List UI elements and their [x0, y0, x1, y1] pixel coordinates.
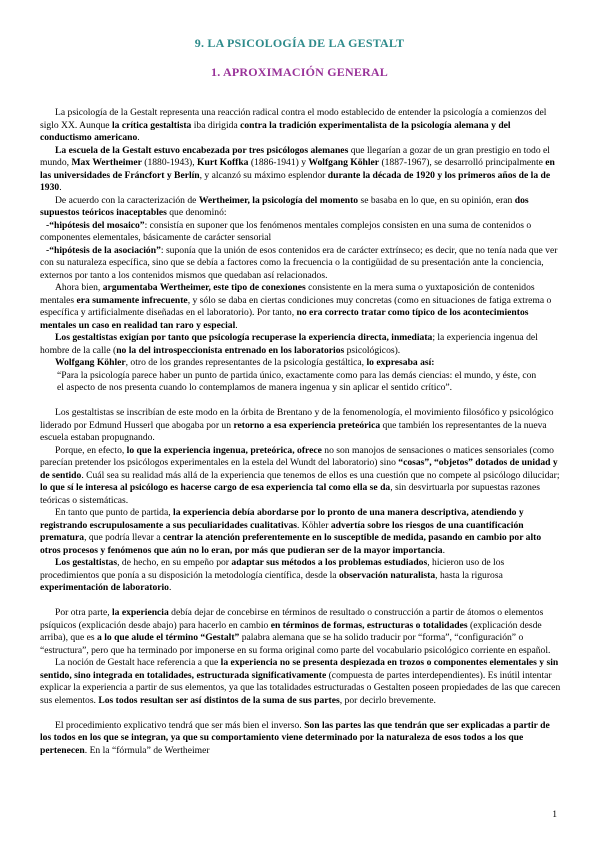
text-run: (1880-1943), — [142, 157, 197, 168]
text-run: , hasta la rigurosa — [435, 570, 503, 581]
text-run: “Para la psicología parece haber un punt… — [57, 370, 536, 394]
text-run: De acuerdo con la caracterización de — [55, 195, 199, 206]
emphasis-text: no la del introspeccionista entrenado en… — [116, 345, 344, 356]
body-paragraph: Ahora bien, argumentaba Wertheimer, este… — [40, 282, 561, 332]
emphasis-text: en términos de formas, estructuras o tot… — [271, 620, 468, 631]
paragraph-spacer — [40, 395, 561, 408]
emphasis-text: la experiencia — [112, 607, 169, 618]
document-page: 9. LA PSICOLOGÍA DE LA GESTALT 1. APROXI… — [0, 0, 599, 848]
text-run: , y alcanzó su máximo esplendor — [200, 170, 328, 181]
text-run: . — [137, 132, 139, 143]
emphasis-text: Los gestaltistas exigían por tanto que p… — [55, 332, 432, 343]
body-paragraph: -“hipótesis del mosaico”: consistía en s… — [40, 220, 561, 245]
emphasis-text: adaptar sus métodos a los problemas estu… — [231, 557, 427, 568]
body-paragraph: Los gestaltistas exigían por tanto que p… — [40, 332, 561, 357]
emphasis-text: Los gestaltistas — [55, 557, 117, 568]
text-run: que denominó: — [167, 207, 227, 218]
emphasis-text: lo que sí le interesa al psicólogo es ha… — [40, 482, 390, 493]
body-paragraph: Por otra parte, la experiencia debía dej… — [40, 607, 561, 657]
body-paragraph: El procedimiento explicativo tendrá que … — [40, 720, 561, 758]
body-paragraph: Wolfgang Köhler, otro de los grandes rep… — [40, 357, 561, 370]
emphasis-text: -“hipótesis de la asociación” — [46, 245, 161, 256]
emphasis-text: experimentación de laboratorio — [40, 582, 169, 593]
text-run: . — [443, 545, 445, 556]
emphasis-text: La escuela de la Gestalt estuvo encabeza… — [55, 145, 348, 156]
emphasis-text: Wolfgang Köhler — [308, 157, 379, 168]
page-number: 1 — [552, 809, 557, 820]
body-paragraph: En tanto que punto de partida, la experi… — [40, 507, 561, 557]
emphasis-text: era sumamente infrecuente — [77, 295, 188, 306]
text-run: La noción de Gestalt hace referencia a q… — [55, 657, 221, 668]
text-run: iba dirigida — [191, 120, 240, 131]
emphasis-text: Los todos resultan ser así distintos de … — [98, 695, 339, 706]
emphasis-text: Wertheimer, la psicología del momento — [199, 195, 358, 206]
text-run: psicológicos). — [344, 345, 400, 356]
chapter-title: 9. LA PSICOLOGÍA DE LA GESTALT — [0, 36, 599, 51]
emphasis-text: Max Wertheimer — [71, 157, 141, 168]
emphasis-text: Kurt Koffka — [197, 157, 248, 168]
paragraph-spacer — [40, 595, 561, 608]
text-run: , por decirlo brevemente. — [340, 695, 436, 706]
emphasis-text: lo que la experiencia ingenua, preteóric… — [127, 445, 322, 456]
text-run: . — [59, 182, 61, 193]
body-paragraph: -“hipótesis de la asociación”: suponía q… — [40, 245, 561, 283]
paragraph-spacer — [40, 707, 561, 720]
body-paragraph: Los gestaltistas, de hecho, en su empeño… — [40, 557, 561, 595]
emphasis-text: retorno a esa experiencia preteórica — [233, 420, 380, 431]
text-run: , de hecho, en su empeño por — [117, 557, 231, 568]
emphasis-text: -“hipótesis del mosaico” — [46, 220, 145, 231]
document-body: La psicología de la Gestalt representa u… — [40, 107, 561, 757]
text-run: . En la “fórmula” de Wertheimer — [85, 745, 210, 756]
body-paragraph: De acuerdo con la caracterización de Wer… — [40, 195, 561, 220]
text-run: (1886-1941) y — [248, 157, 308, 168]
emphasis-text: a lo que alude el término “Gestalt” — [97, 632, 239, 643]
quote-paragraph: “Para la psicología parece haber un punt… — [57, 370, 537, 395]
text-run: En tanto que punto de partida, — [55, 507, 173, 518]
text-run: (1887-1967), se desarrolló principalment… — [379, 157, 545, 168]
section-title: 1. APROXIMACIÓN GENERAL — [0, 65, 599, 80]
text-run: , otro de los grandes representantes de … — [126, 357, 367, 368]
text-run: El procedimiento explicativo tendrá que … — [55, 720, 304, 731]
text-run: . Köhler — [297, 520, 331, 531]
text-run: Ahora bien, — [55, 282, 103, 293]
text-run: . — [235, 320, 237, 331]
body-paragraph: Porque, en efecto, lo que la experiencia… — [40, 445, 561, 508]
text-run: . Cuál sea su realidad más allá de la ex… — [81, 470, 559, 481]
emphasis-text: observación naturalista — [339, 570, 435, 581]
body-paragraph: La psicología de la Gestalt representa u… — [40, 107, 561, 145]
body-paragraph: La escuela de la Gestalt estuvo encabeza… — [40, 145, 561, 195]
text-run: . — [169, 582, 171, 593]
emphasis-text: Wolfgang Köhler — [55, 357, 126, 368]
text-run: se basaba en lo que, en su opinión, eran — [358, 195, 515, 206]
emphasis-text: la crítica gestaltista — [112, 120, 191, 131]
text-run: Por otra parte, — [55, 607, 112, 618]
emphasis-text: lo expresaba así: — [366, 357, 434, 368]
text-run: , que podría llevar a — [84, 532, 163, 543]
body-paragraph: La noción de Gestalt hace referencia a q… — [40, 657, 561, 707]
text-run: Porque, en efecto, — [55, 445, 127, 456]
body-paragraph: Los gestaltistas se inscribían de este m… — [40, 407, 561, 445]
emphasis-text: argumentaba Wertheimer, este tipo de con… — [103, 282, 306, 293]
